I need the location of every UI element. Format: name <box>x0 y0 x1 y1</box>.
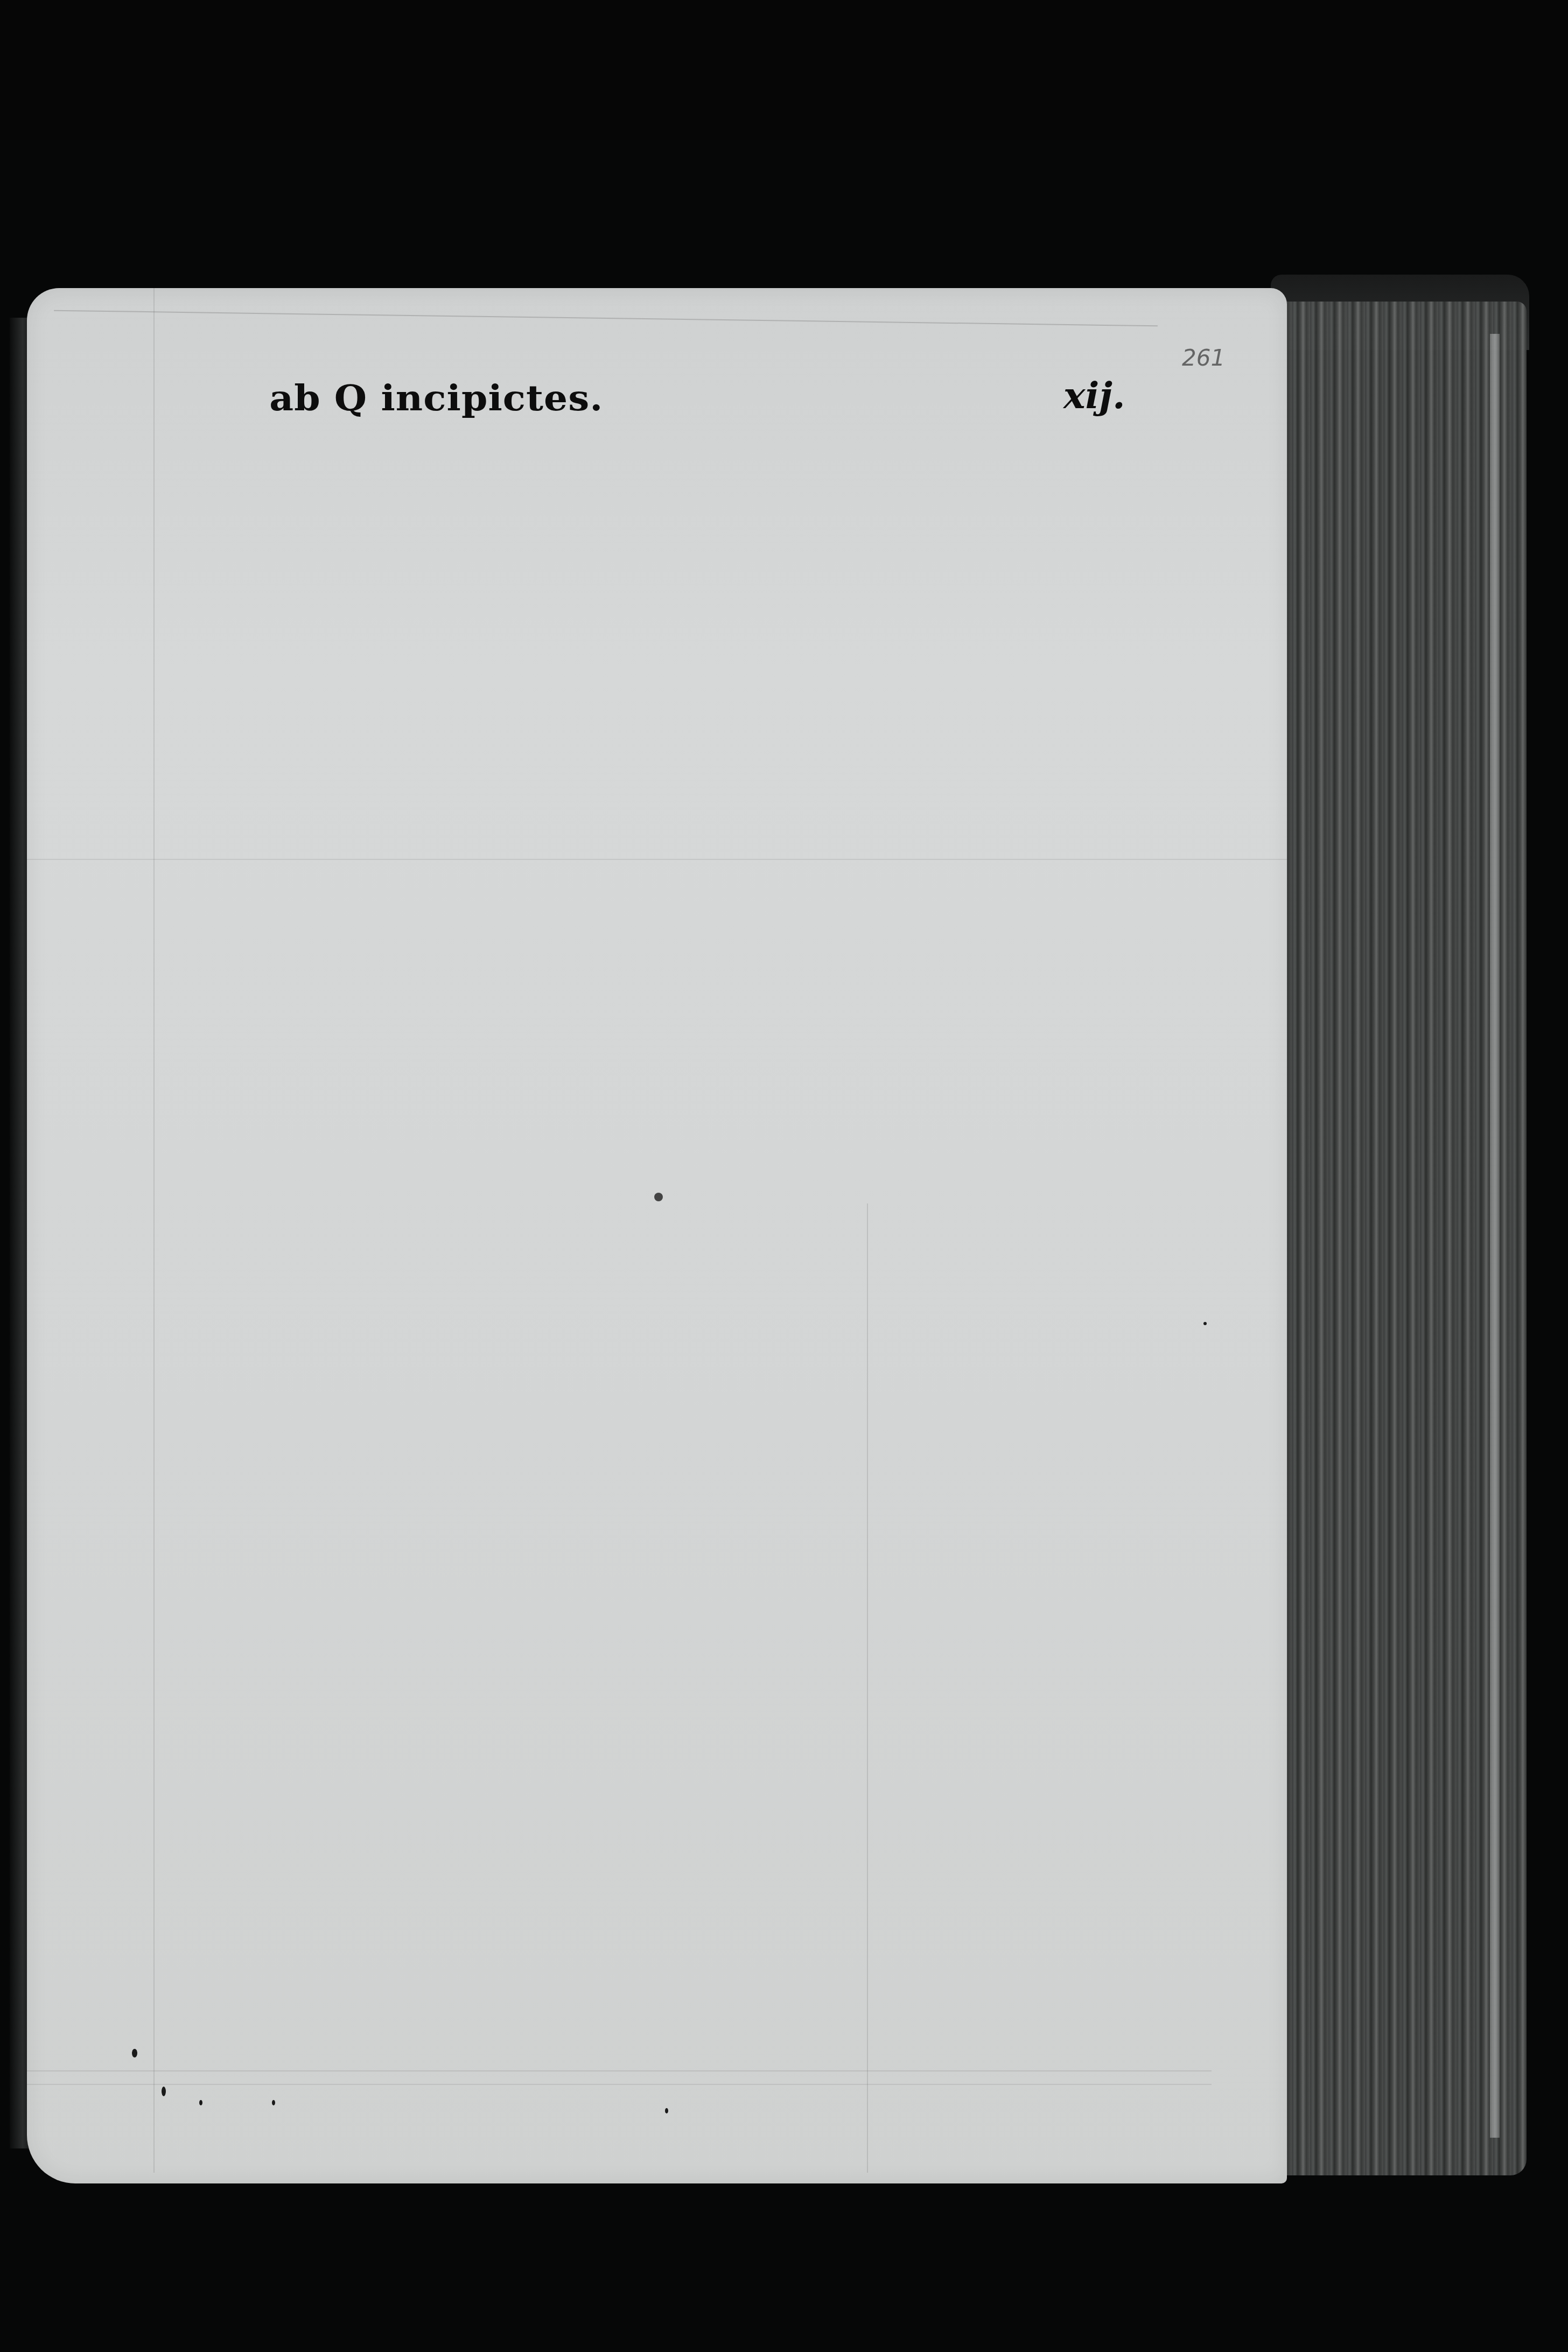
ink-speck <box>272 2100 275 2105</box>
ruling-line <box>27 859 1287 860</box>
ink-speck <box>1203 1322 1207 1325</box>
ruling-line <box>27 2070 1212 2071</box>
ink-speck <box>199 2100 202 2105</box>
folio-number: xij. <box>1063 374 1125 417</box>
ruling-line <box>27 2084 1212 2085</box>
running-head-title: ab Q incipictes. <box>269 377 603 419</box>
ruling-line <box>54 310 1158 327</box>
ink-speck <box>132 2049 137 2057</box>
book-page <box>27 288 1287 2183</box>
dark-margin-top <box>0 0 1568 140</box>
ruling-margin-line <box>153 288 155 2173</box>
ink-speck <box>665 2108 668 2113</box>
pencil-foliation: 261 <box>1182 345 1225 371</box>
text-block-fore-edge <box>1273 302 1527 2175</box>
ink-speck <box>162 2087 166 2096</box>
ruling-margin-line <box>867 1203 868 2173</box>
ink-speck <box>654 1193 663 1201</box>
